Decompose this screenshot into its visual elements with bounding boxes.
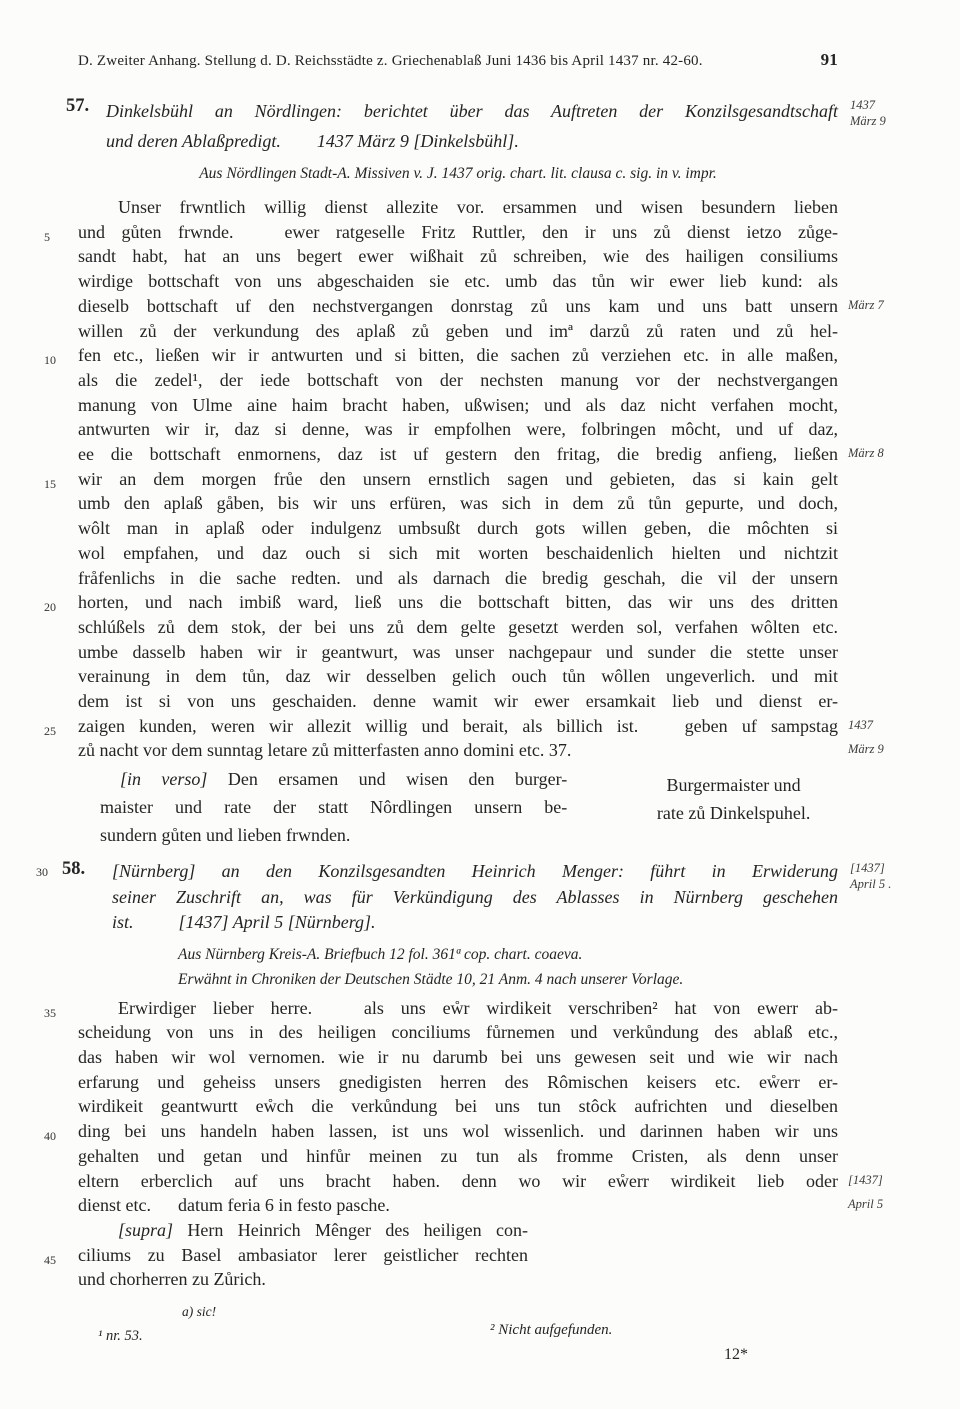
line-number: 45 — [44, 1248, 56, 1273]
text-line: 5und gůten frwnde. ewer ratgeselle Fritz… — [78, 220, 838, 245]
entry-57-number: 57. — [66, 96, 89, 117]
entry-58-body: 35Erwirdiger lieber herre. als uns eẘr w… — [78, 996, 838, 1292]
line-number: 15 — [44, 472, 56, 497]
text-line: [supra] Hern Heinrich Mênger des heilige… — [78, 1218, 528, 1243]
margin-date-note: [1437] — [848, 1172, 958, 1188]
text-line: sandt habt, hat an uns begert ewer wißha… — [78, 244, 838, 269]
text-line: willen zů der verkundung des aplaß zů ge… — [78, 319, 838, 344]
entry-58: 30 58. [Nürnberg] an den Konzilsgesandte… — [78, 859, 838, 1292]
text-line: das haben wir wol vernomen. wie ir nu da… — [78, 1045, 838, 1070]
text-line: 35Erwirdiger lieber herre. als uns eẘr w… — [78, 996, 838, 1021]
line-number: 30 — [36, 865, 48, 880]
text-line: wirdige bottschaft von uns abgeschaiden … — [78, 269, 838, 294]
running-title: D. Zweiter Anhang. Stellung d. D. Reichs… — [78, 53, 703, 70]
entry-58-heading-lines: [Nürnberg] an den Konzilsgesandten Heinr… — [112, 859, 838, 936]
margin-date-note: März 8 — [848, 445, 958, 461]
entry-57-source: Aus Nördlingen Stadt-A. Missiven v. J. 1… — [78, 165, 838, 183]
text-line: umb den aplaß gåben, bis wir uns erfüren… — [78, 491, 838, 516]
text-line: Dinkelsbühl an Nördlingen: berichtet übe… — [106, 96, 838, 126]
line-number: 20 — [44, 595, 56, 620]
running-header: D. Zweiter Anhang. Stellung d. D. Reichs… — [78, 50, 838, 70]
line-number: 10 — [44, 348, 56, 373]
page-number: 91 — [821, 50, 838, 70]
text-line: und deren Ablaßpredigt. 1437 März 9 [Din… — [106, 126, 838, 156]
text-line: verainung in dem tůn, daz wir desselben … — [78, 664, 838, 689]
text-line: ist. [1437] April 5 [Nürnberg]. — [112, 910, 838, 936]
text-line: dieselb bottschaft uf den nechstvergange… — [78, 294, 838, 319]
entry-57-address: [in verso] Den ersamen und wisen den bur… — [78, 765, 838, 849]
text-line: rate zů Dinkelspuhel. — [629, 799, 838, 827]
text-line: und chorherren zu Zůrich. — [78, 1267, 528, 1292]
text-line: 45ciliums zu Basel ambasiator lerer geis… — [78, 1243, 528, 1268]
footnote-2: ² Nicht aufgefunden. — [490, 1322, 612, 1339]
line-number: 5 — [44, 225, 50, 250]
entry-57: 57. Dinkelsbühl an Nördlingen: berichtet… — [78, 96, 838, 849]
text-line: erfarung und geheiss unsers gnedigisten … — [78, 1070, 838, 1095]
margin-date-note: 1437 — [848, 717, 958, 733]
text-line: 25zaigen kunden, weren wir allezit willi… — [78, 714, 838, 739]
entry-57-heading-lines: Dinkelsbühl an Nördlingen: berichtet übe… — [106, 96, 838, 156]
text-line: antwurten wir ir, daz si denne, was ir e… — [78, 417, 838, 442]
text-line: 40ding bei uns handeln haben lassen, ist… — [78, 1119, 838, 1144]
text-line: 10fen etc., ließen wir ir antwurten und … — [78, 343, 838, 368]
entry-57-body: Unser frwntlich willig dienst allezite v… — [78, 195, 838, 763]
line-number: 35 — [44, 1001, 56, 1026]
text-line: seiner Zuschrift an, was für Verkündigun… — [112, 885, 838, 911]
address-recipient: Burgermaister undrate zů Dinkelspuhel. — [629, 771, 838, 849]
entry-57-heading: 57. Dinkelsbühl an Nördlingen: berichtet… — [78, 96, 838, 156]
text-block: D. Zweiter Anhang. Stellung d. D. Reichs… — [78, 50, 838, 1394]
margin-date-note: März 9 — [848, 741, 958, 757]
text-line: eltern erberclich auf uns bracht haben. … — [78, 1169, 838, 1194]
text-line: ee die bottschaft enmornens, daz ist uf … — [78, 442, 838, 467]
text-line: Erwähnt in Chroniken der Deutschen Städt… — [178, 967, 838, 992]
text-line: dem ist si von uns geschaiden. denne wam… — [78, 689, 838, 714]
line-number: 25 — [44, 719, 56, 744]
footnote-sic: a) sic! — [182, 1304, 216, 1320]
text-line: wirdikeit geantwurtt eẘch die verkůndung… — [78, 1094, 838, 1119]
text-line: [Nürnberg] an den Konzilsgesandten Heinr… — [112, 859, 838, 885]
text-line: gehalten und getan und hinfůr meinen zu … — [78, 1144, 838, 1169]
text-line: fråfenlichs in die sache redten. und als… — [78, 566, 838, 591]
text-line: Unser frwntlich willig dienst allezite v… — [78, 195, 838, 220]
editorial-note: [in verso] — [120, 769, 228, 789]
text-line: zů nacht vor dem sunntag letare zů mitte… — [78, 738, 838, 763]
margin-date-note: [1437] April 5 . — [850, 860, 960, 893]
text-line: 15wir an dem morgen frůe den unsern erns… — [78, 467, 838, 492]
footnotes: a) sic! ¹ nr. 53. ² Nicht aufgefunden. 1… — [78, 1304, 838, 1394]
margin-date-note: April 5 — [848, 1196, 958, 1212]
address-verso: [in verso] Den ersamen und wisen den bur… — [100, 765, 567, 849]
signature-mark: 12* — [724, 1346, 748, 1364]
text-line: manung von Ulme aine haim bracht haben, … — [78, 393, 838, 418]
text-line: [in verso] Den ersamen und wisen den bur… — [100, 765, 567, 793]
text-line: schlúßels zů dem stok, der bei uns zů de… — [78, 615, 838, 640]
line-number: 40 — [44, 1124, 56, 1149]
text-line: wol empfahen, und daz ouch si sich mit w… — [78, 541, 838, 566]
entry-58-number: 58. — [62, 859, 85, 880]
text-line: sundern gůten und lieben frwnden. — [100, 821, 567, 849]
text-line: wôlt man in aplaß oder indulgenz umbsußt… — [78, 516, 838, 541]
text-line: umbe dasselb haben wir ir geantwurt, was… — [78, 640, 838, 665]
text-line: maister und rate der statt Nôrdlingen un… — [100, 793, 567, 821]
margin-date-note: 1437 März 9 — [850, 97, 960, 130]
margin-date-note: März 7 — [848, 297, 958, 313]
entry-58-heading: 30 58. [Nürnberg] an den Konzilsgesandte… — [78, 859, 838, 936]
text-line: 20horten, und nach imbiß ward, ließ uns … — [78, 590, 838, 615]
text-line: als die zedel¹, der iede bottschaft von … — [78, 368, 838, 393]
editorial-note: [supra] — [118, 1220, 187, 1240]
text-line: dienst etc. datum feria 6 in festo pasch… — [78, 1193, 838, 1218]
text-line: Burgermaister und — [629, 771, 838, 799]
book-page: D. Zweiter Anhang. Stellung d. D. Reichs… — [0, 0, 960, 1409]
entry-58-sources: Aus Nürnberg Kreis-A. Briefbuch 12 fol. … — [178, 942, 838, 992]
text-line: scheidung von uns in des heiligen concil… — [78, 1020, 838, 1045]
footnote-1: ¹ nr. 53. — [98, 1328, 143, 1345]
text-line: Aus Nürnberg Kreis-A. Briefbuch 12 fol. … — [178, 942, 838, 967]
